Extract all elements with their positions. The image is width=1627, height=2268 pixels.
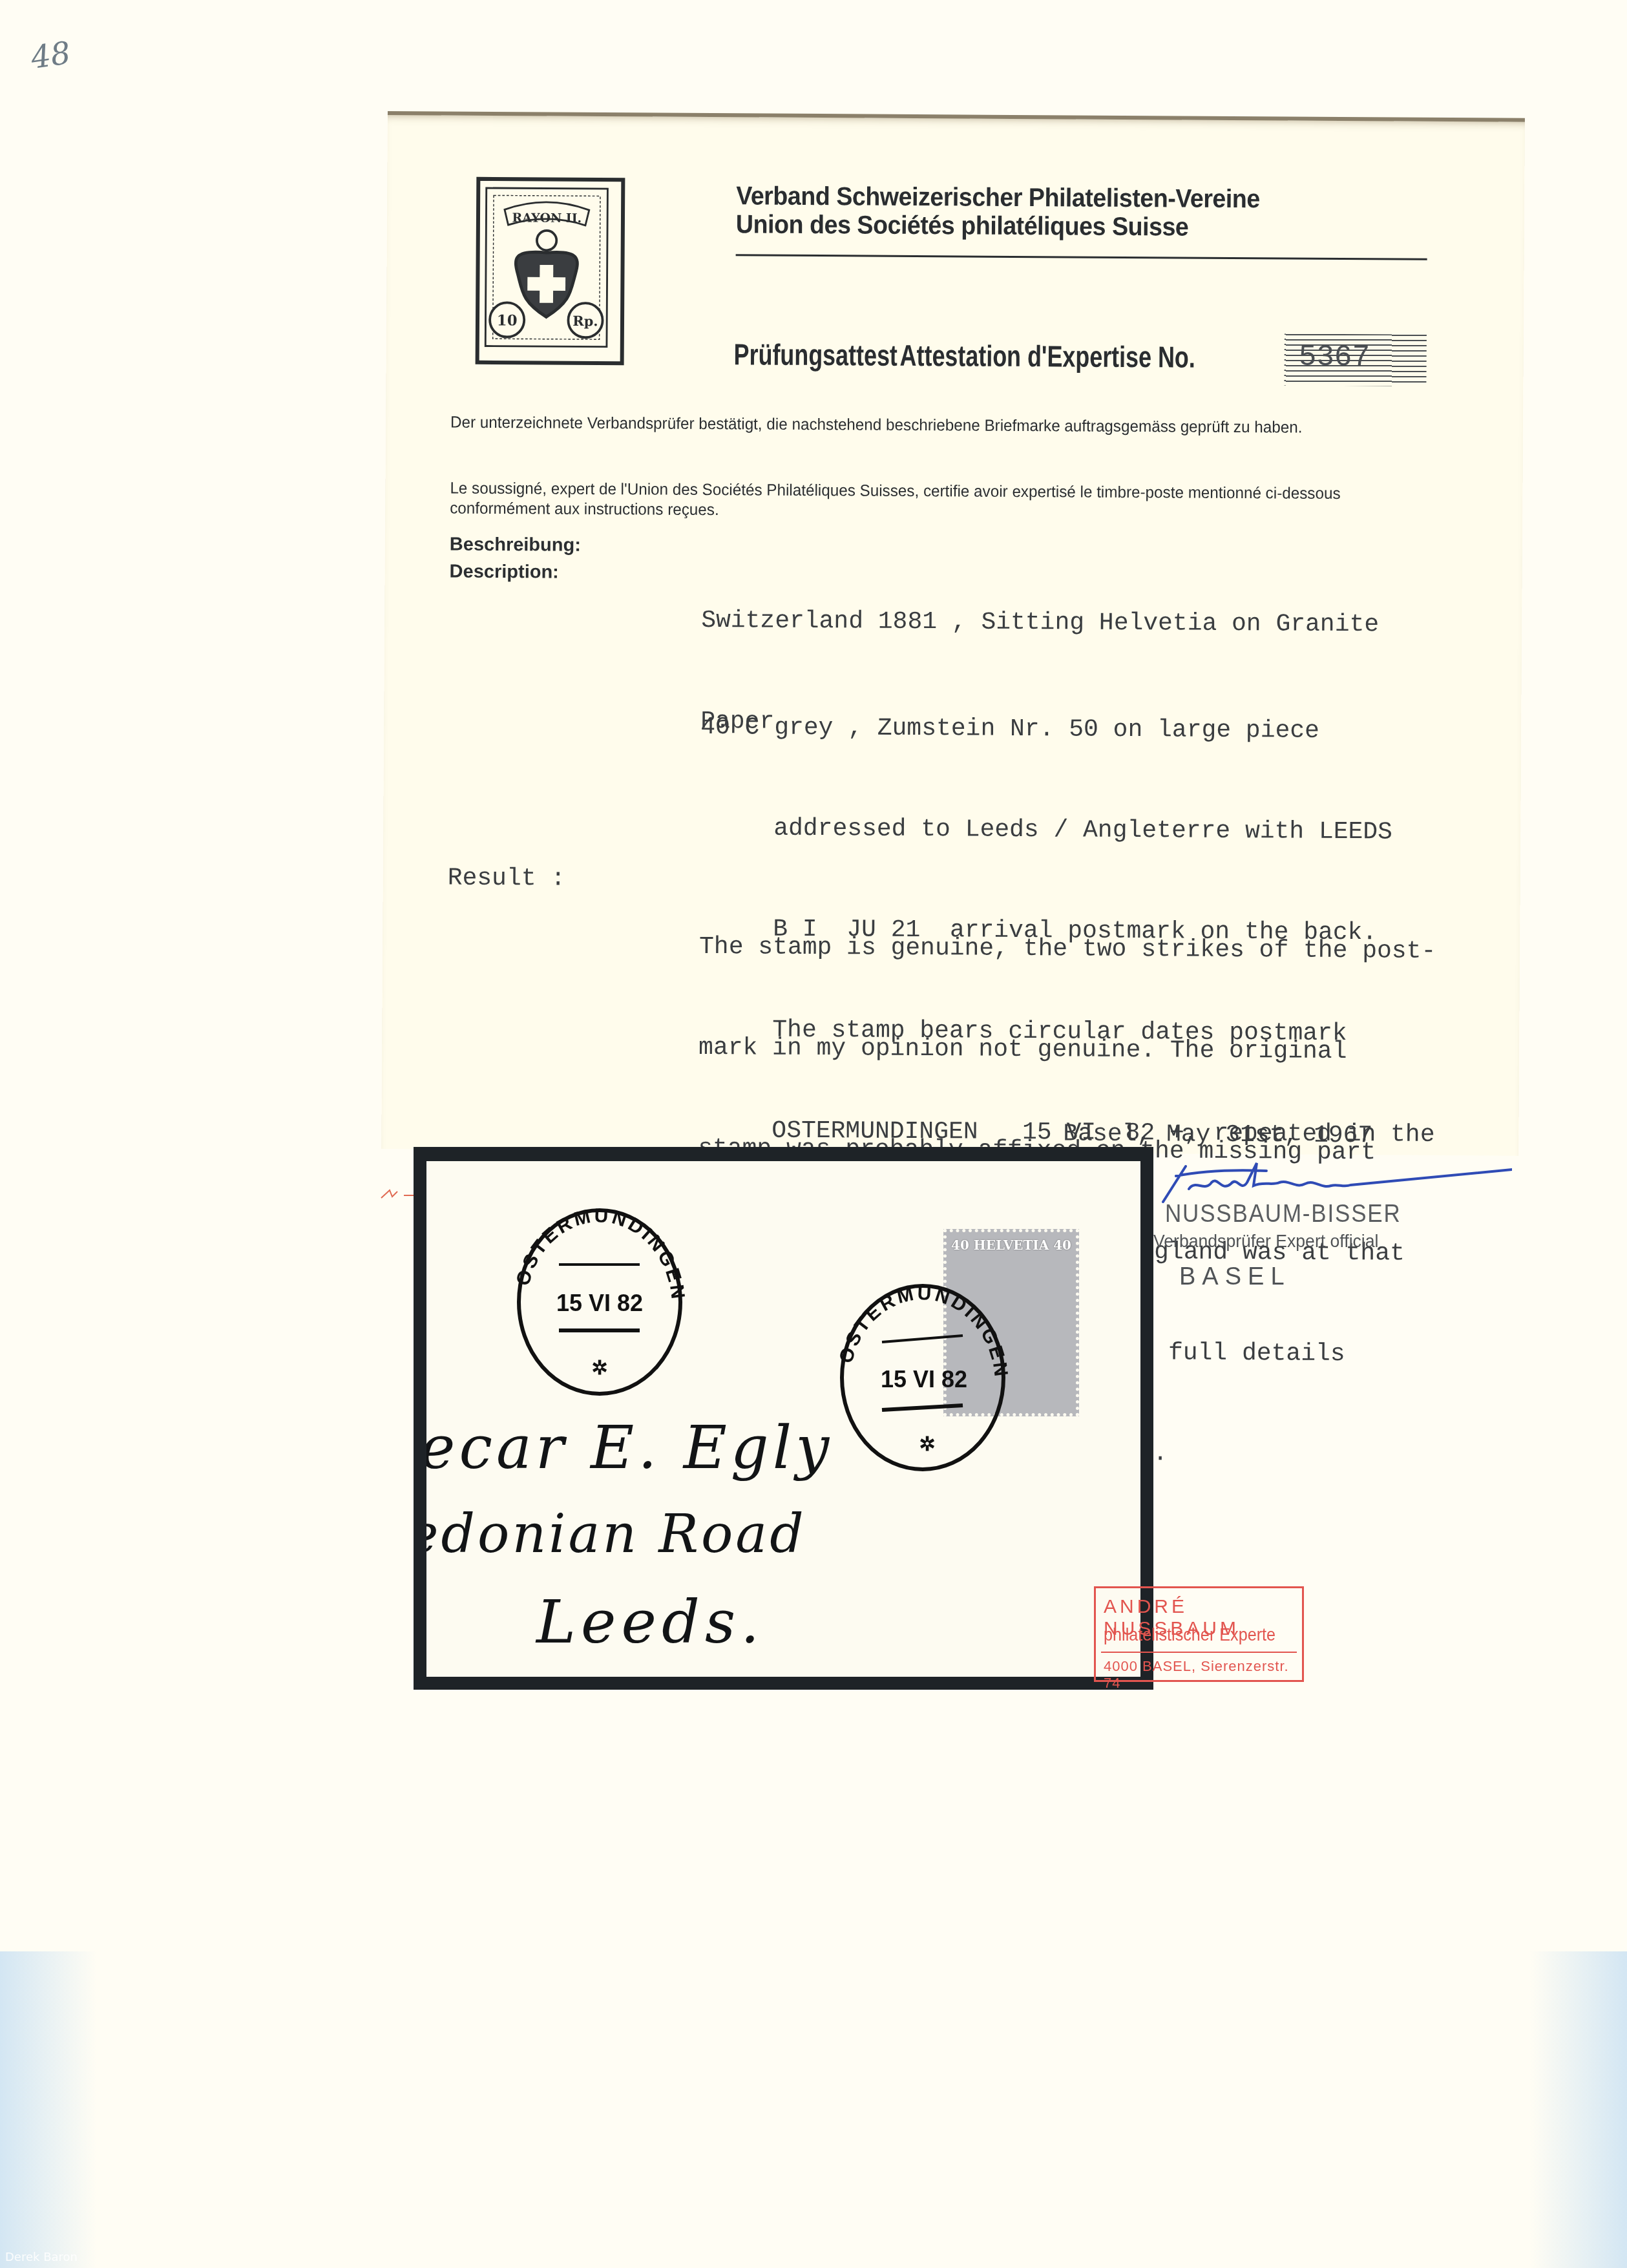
svg-text:✲: ✲ [591, 1358, 607, 1379]
postmark-date-1: 15 VI 82 [556, 1290, 643, 1316]
certificate-number-box: 5367 [1284, 333, 1426, 386]
certificate-number: 5367 [1299, 341, 1370, 375]
logo-value-right: Rp. [572, 313, 598, 329]
description-label-de: Beschreibung: [450, 534, 581, 556]
pencil-page-number: 48 [28, 35, 72, 76]
svg-text:✲: ✲ [919, 1434, 935, 1455]
description-line: Switzerland 1881 , Sitting Helvetia on G… [701, 604, 1379, 642]
detail-line: 40 C grey , Zumstein Nr. 50 on large pie… [700, 711, 1437, 749]
red-stamp-line2: philatelistischer Experte [1104, 1624, 1275, 1645]
address-city: Leeds. [536, 1588, 764, 1657]
result-line: mark in my opinion not genuine. The orig… [698, 1031, 1435, 1069]
rayon-stamp-logo-icon: RAYON II. 10 Rp. [476, 177, 625, 365]
intro-text-de: Der unterzeichnete Verbandsprüfer bestät… [450, 413, 1416, 439]
logo-value-left: 10 [497, 312, 518, 329]
certificate-heading-de: Prüfungsattest [734, 337, 898, 373]
detail-line: addressed to Leeds / Angleterre with LEE… [700, 812, 1436, 850]
red-stamp-divider [1101, 1652, 1297, 1653]
red-stamp-line3: 4000 BASEL, Sierenzerstr. 74 [1104, 1658, 1302, 1692]
red-expert-stamp: ANDRÉ NUSSBAUM philatelistischer Experte… [1094, 1586, 1304, 1682]
intro-text-fr: Le soussigné, expert de l'Union des Soci… [450, 479, 1415, 525]
organization-name: Verband Schweizerischer Philatelisten-Ve… [736, 182, 1260, 242]
logo-banner-text: RAYON II. [512, 211, 582, 226]
result-label: Result : [448, 862, 566, 896]
expert-stamp-role: Verbandsprüfer Expert official [1153, 1231, 1378, 1252]
postmark-town-1: OSTERMUNDINGEN [512, 1205, 689, 1303]
certificate-heading-fr-text: Attestation d'Expertise [900, 339, 1152, 373]
envelope-piece: 40 HELVETIA 40 OSTERMUNDINGEN 15 VI 82 ✲… [426, 1161, 1140, 1677]
organization-name-fr: Union des Sociétés philatéliques Suisse [736, 210, 1260, 242]
certificate-heading-fr: Attestation d'Expertise No. [900, 338, 1195, 375]
expert-stamp-city: BASEL [1179, 1263, 1291, 1291]
result-line: The stamp is genuine, the two strikes of… [699, 930, 1436, 969]
header-divider [736, 254, 1427, 260]
scan-edge-right [1530, 1951, 1627, 2268]
certificate-sheet: RAYON II. 10 Rp. Verband Schweizerischer… [381, 111, 1525, 1156]
scan-edge-left [0, 1951, 97, 2268]
svg-text:OSTERMUNDINGEN: OSTERMUNDINGEN [512, 1205, 689, 1303]
address-street: edonian Road [426, 1504, 806, 1565]
envelope-photo: 40 HELVETIA 40 OSTERMUNDINGEN 15 VI 82 ✲… [414, 1147, 1153, 1690]
certificate-number-label: No. [1158, 340, 1195, 373]
expert-stamp-name: NUSSBAUM-BISSER [1165, 1201, 1401, 1228]
postmark-date-2: 15 VI 82 [881, 1366, 967, 1392]
watermark: Derek Baron [5, 2251, 78, 2264]
address-name: ecar E. Egly [426, 1413, 833, 1482]
description-label-fr: Description: [450, 562, 559, 583]
organization-name-de: Verband Schweizerischer Philatelisten-Ve… [736, 182, 1260, 213]
